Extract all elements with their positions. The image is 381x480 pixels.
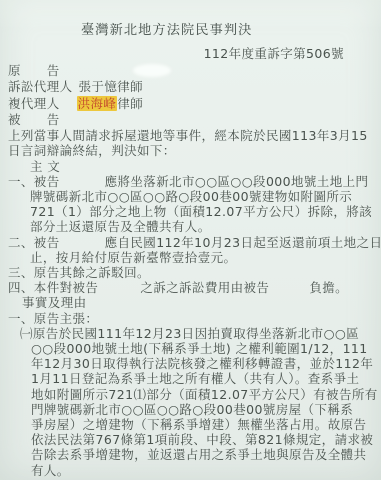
fact-line: 有人。 <box>8 463 381 478</box>
plaintiff-row: 原 告 <box>8 63 381 79</box>
fact-line: 告除去系爭增建物，並返還占用之系爭土地與原告及全體共 <box>8 447 381 462</box>
item-4-seg1: 四、本件對被告 <box>8 280 98 295</box>
item-2-prefix: 二、被告 <box>8 235 60 250</box>
judgment-item-2: 二、被告應自民國112年10月23日起至返還前項土地之日 <box>8 235 381 250</box>
counsel-row: 訴訟代理人張于憶律師 <box>8 79 381 95</box>
judgment-item-3: 三、原告其餘之訴駁回。 <box>8 265 381 280</box>
item-4-seg3: 負擔。 <box>309 280 348 295</box>
main-text-heading: 主 文 <box>8 159 381 174</box>
redacted-plaintiff-name <box>133 64 171 77</box>
fact-line: 年12月30日取得執行法院核發之權利移轉證書，並於112年 <box>8 356 381 371</box>
preamble-line-2: 日言詞辯論終結，判決如下： <box>8 143 381 158</box>
item-1-body: 應將坐落新北市○○區○○段000地號土地上門 <box>105 174 369 189</box>
defendant-label: 被 告 <box>8 112 381 128</box>
judgment-item-1-cont: 721（1）部分之地上物（面積12.07平方公尺）拆除，將該 <box>8 204 381 219</box>
plaintiff-claim-heading: 一、原告主張： <box>8 311 381 326</box>
judgment-item-1-cont: 部分土返還原告及全體共有人。 <box>8 219 381 234</box>
sub-counsel-row: 複代理人洪海峰律師 <box>8 96 381 112</box>
fact-line: 1月11日登記為系爭土地之所有權人（共有人）。查系爭土 <box>8 371 381 386</box>
item-2-body: 應自民國112年10月23日起至返還前項土地之日 <box>105 235 381 250</box>
judgment-item-1: 一、被告應將坐落新北市○○區○○段000地號土地上門 <box>8 174 381 189</box>
fact-sub-item-1: ㈠原告於民國111年12月23日因拍賣取得坐落新北市○○區 <box>8 326 381 341</box>
counsel-name: 張于憶律師 <box>79 79 144 94</box>
fact-line: ○○段000地號土地(下稱系爭土地) 之權利範圍1/12，111 <box>8 341 381 356</box>
document-title: 臺灣新北地方法院民事判決 <box>8 24 381 38</box>
preamble-line-1: 上列當事人間請求拆屋還地等事件，經本院於民國113年3月15 <box>8 128 381 143</box>
fact-line: 原告於民國111年12月23日因拍賣取得坐落新北市○○區 <box>33 326 359 341</box>
plaintiff-label: 原 告 <box>8 63 60 78</box>
judgment-item-1-cont: 牌號碼新北市○○區○○路○段00巷00號建物如附圖所示 <box>8 189 381 204</box>
facts-heading: 事實及理由 <box>8 295 381 310</box>
sub-item-marker: ㈠ <box>20 326 33 341</box>
judgment-item-2-cont: 止，按月給付原告新臺幣壹拾壹元。 <box>8 250 381 265</box>
highlighted-sub-counsel-name: 洪海峰 <box>77 96 118 111</box>
case-number: 112年度重訴字第506號 <box>8 46 381 61</box>
sub-counsel-suffix: 律師 <box>117 96 143 111</box>
court-judgment-document: 臺灣新北地方法院民事判決 112年度重訴字第506號 原 告 訴訟代理人張于憶律… <box>0 0 381 480</box>
fact-line: 地如附圖所示721⑴部分（面積12.07平方公尺）有被告所有 <box>8 387 381 402</box>
fact-line: 爭房屋）之增建物（下稱系爭增建）無權坐落占用。故原告 <box>8 417 381 432</box>
counsel-label: 訴訟代理人 <box>8 79 73 94</box>
fact-line: 門牌號碼新北市○○區○○路○段00巷00號房屋（下稱系 <box>8 402 381 417</box>
item-1-prefix: 一、被告 <box>8 174 60 189</box>
fact-line: 依法民法第767條第1項前段、中段、第821條規定，請求被 <box>8 432 381 447</box>
sub-counsel-label: 複代理人 <box>8 96 60 111</box>
judgment-item-4: 四、本件對被告之訴之訴訟費用由被告負擔。 <box>8 280 381 295</box>
item-4-seg2: 之訴之訴訟費用由被告 <box>140 280 269 295</box>
